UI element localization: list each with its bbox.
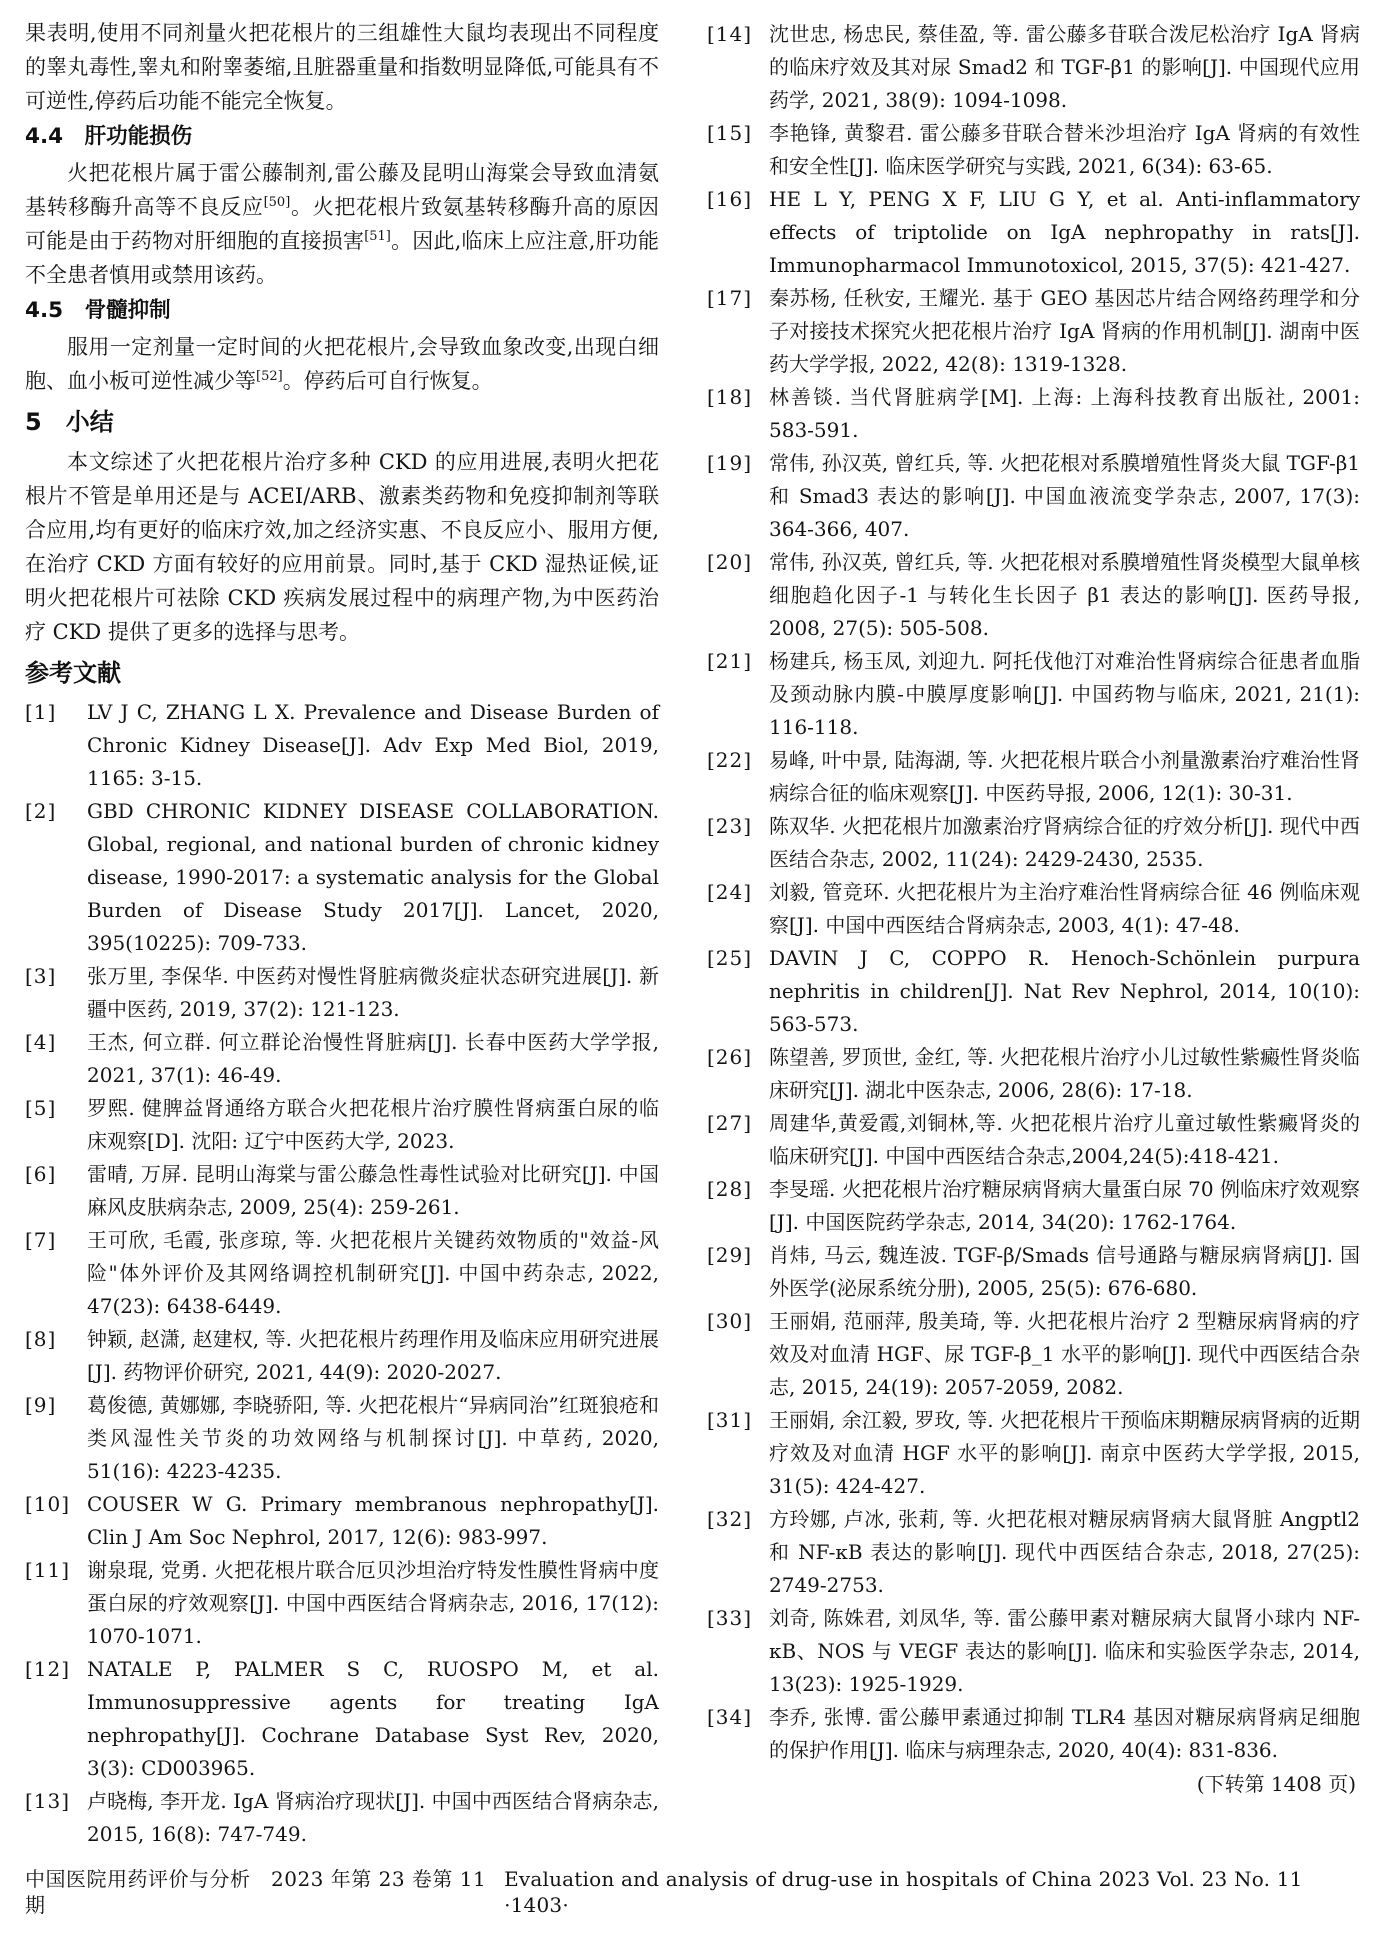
reference-text: 卢晓梅, 李开龙. IgA 肾病治疗现状[J]. 中国中西医结合肾病杂志, 20… <box>87 1785 659 1851</box>
reference-item: [19]常伟, 孙汉英, 曾红兵, 等. 火把花根对系膜增殖性肾炎大鼠 TGF-… <box>707 447 1360 546</box>
reference-number: [21] <box>707 645 769 678</box>
body-paragraph-summary: 本文综述了火把花根片治疗多种 CKD 的应用进展,表明火把花根片不管是单用还是与… <box>25 445 659 649</box>
reference-number: [16] <box>707 183 769 216</box>
body-paragraph-liver: 火把花根片属于雷公藤制剂,雷公藤及昆明山海棠会导致血清氨基转移酶升高等不良反应[… <box>25 156 659 292</box>
reference-text: 王可欣, 毛霞, 张彦琼, 等. 火把花根片关键药效物质的"效益-风险"体外评价… <box>87 1224 659 1323</box>
reference-number: [27] <box>707 1107 769 1140</box>
reference-text: LV J C, ZHANG L X. Prevalence and Diseas… <box>87 696 659 795</box>
section-heading-4-4: 4.4 肝功能损伤 <box>25 121 659 153</box>
reference-item: [26]陈望善, 罗顶世, 金红, 等. 火把花根片治疗小儿过敏性紫癜性肾炎临床… <box>707 1041 1360 1107</box>
reference-number: [24] <box>707 876 769 909</box>
reference-item: [23]陈双华. 火把花根片加激素治疗肾病综合征的疗效分析[J]. 现代中西医结… <box>707 810 1360 876</box>
reference-number: [1] <box>25 696 87 729</box>
reference-item: [27]周建华,黄爱霞,刘铜林,等. 火把花根片治疗儿童过敏性紫癜肾炎的临床研究… <box>707 1107 1360 1173</box>
reference-text: 王杰, 何立群. 何立群论治慢性肾脏病[J]. 长春中医药大学学报, 2021,… <box>87 1026 659 1092</box>
reference-text: 沈世忠, 杨忠民, 蔡佳盈, 等. 雷公藤多苷联合泼尼松治疗 IgA 肾病的临床… <box>769 18 1360 117</box>
reference-item: [13]卢晓梅, 李开龙. IgA 肾病治疗现状[J]. 中国中西医结合肾病杂志… <box>25 1785 659 1851</box>
reference-number: [30] <box>707 1305 769 1338</box>
two-column-layout: 果表明,使用不同剂量火把花根片的三组雄性大鼠均表现出不同程度的睾丸毒性,睾丸和附… <box>0 0 1375 1851</box>
reference-number: [29] <box>707 1239 769 1272</box>
reference-text: 钟颖, 赵潇, 赵建权, 等. 火把花根片药理作用及临床应用研究进展[J]. 药… <box>87 1323 659 1389</box>
reference-text: DAVIN J C, COPPO R. Henoch-Schönlein pur… <box>769 942 1360 1041</box>
reference-number: [3] <box>25 960 87 993</box>
right-column: [14]沈世忠, 杨忠民, 蔡佳盈, 等. 雷公藤多苷联合泼尼松治疗 IgA 肾… <box>707 16 1360 1851</box>
body-paragraph-continuation: 果表明,使用不同剂量火把花根片的三组雄性大鼠均表现出不同程度的睾丸毒性,睾丸和附… <box>25 16 659 118</box>
reference-number: [2] <box>25 795 87 828</box>
reference-number: [5] <box>25 1092 87 1125</box>
reference-text: 刘奇, 陈姝君, 刘凤华, 等. 雷公藤甲素对糖尿病大鼠肾小球内 NF-κB、N… <box>769 1602 1360 1701</box>
reference-item: [34]李乔, 张博. 雷公藤甲素通过抑制 TLR4 基因对糖尿病肾病足细胞的保… <box>707 1701 1360 1767</box>
reference-number: [34] <box>707 1701 769 1734</box>
references-heading: 参考文献 <box>25 655 659 691</box>
reference-text: 陈望善, 罗顶世, 金红, 等. 火把花根片治疗小儿过敏性紫癜性肾炎临床研究[J… <box>769 1041 1360 1107</box>
reference-text: 方玲娜, 卢冰, 张莉, 等. 火把花根对糖尿病肾病大鼠肾脏 Angptl2 和… <box>769 1503 1360 1602</box>
reference-text: COUSER W G. Primary membranous nephropat… <box>87 1488 659 1554</box>
reference-text: 王丽娟, 余江毅, 罗玫, 等. 火把花根片干预临床期糖尿病肾病的近期疗效及对血… <box>769 1404 1360 1503</box>
footer-journal-title-en-page-number: Evaluation and analysis of drug-use in h… <box>504 1866 1357 1918</box>
reference-item: [11]谢泉琨, 党勇. 火把花根片联合厄贝沙坦治疗特发性膜性肾病中度蛋白尿的疗… <box>25 1554 659 1653</box>
reference-item: [15]李艳锋, 黄黎君. 雷公藤多苷联合替米沙坦治疗 IgA 肾病的有效性和安… <box>707 117 1360 183</box>
reference-number: [20] <box>707 546 769 579</box>
reference-number: [13] <box>25 1785 87 1818</box>
reference-text: HE L Y, PENG X F, LIU G Y, et al. Anti-i… <box>769 183 1360 282</box>
reference-item: [17]秦苏杨, 任秋安, 王耀光. 基于 GEO 基因芯片结合网络药理学和分子… <box>707 282 1360 381</box>
body-paragraph-marrow: 服用一定剂量一定时间的火把花根片,会导致血象改变,出现白细胞、血小板可逆性减少等… <box>25 330 659 398</box>
footer-journal-title-cn: 中国医院用药评价与分析 2023 年第 23 卷第 11 期 <box>25 1866 504 1918</box>
reference-text: 肖炜, 马云, 魏连波. TGF-β/Smads 信号通路与糖尿病肾病[J]. … <box>769 1239 1360 1305</box>
reference-text: 张万里, 李保华. 中医药对慢性肾脏病微炎症状态研究进展[J]. 新疆中医药, … <box>87 960 659 1026</box>
reference-text: 李艳锋, 黄黎君. 雷公藤多苷联合替米沙坦治疗 IgA 肾病的有效性和安全性[J… <box>769 117 1360 183</box>
reference-text: 葛俊德, 黄娜娜, 李晓骄阳, 等. 火把花根片“异病同治”红斑狼疮和类风湿性关… <box>87 1389 659 1488</box>
reference-number: [8] <box>25 1323 87 1356</box>
reference-number: [23] <box>707 810 769 843</box>
reference-number: [6] <box>25 1158 87 1191</box>
reference-item: [21]杨建兵, 杨玉凤, 刘迎九. 阿托伐他汀对难治性肾病综合征患者血脂及颈动… <box>707 645 1360 744</box>
reference-item: [5]罗熙. 健脾益肾通络方联合火把花根片治疗膜性肾病蛋白尿的临床观察[D]. … <box>25 1092 659 1158</box>
reference-text: 刘毅, 管竞环. 火把花根片为主治疗难治性肾病综合征 46 例临床观察[J]. … <box>769 876 1360 942</box>
reference-item: [29]肖炜, 马云, 魏连波. TGF-β/Smads 信号通路与糖尿病肾病[… <box>707 1239 1360 1305</box>
reference-item: [14]沈世忠, 杨忠民, 蔡佳盈, 等. 雷公藤多苷联合泼尼松治疗 IgA 肾… <box>707 18 1360 117</box>
reference-item: [12]NATALE P, PALMER S C, RUOSPO M, et a… <box>25 1653 659 1785</box>
reference-text: 王丽娟, 范丽萍, 殷美琦, 等. 火把花根片治疗 2 型糖尿病肾病的疗效及对血… <box>769 1305 1360 1404</box>
reference-number: [10] <box>25 1488 87 1521</box>
reference-text: 林善锬. 当代肾脏病学[M]. 上海: 上海科技教育出版社, 2001: 583… <box>769 381 1360 447</box>
reference-item: [7]王可欣, 毛霞, 张彦琼, 等. 火把花根片关键药效物质的"效益-风险"体… <box>25 1224 659 1323</box>
reference-item: [30]王丽娟, 范丽萍, 殷美琦, 等. 火把花根片治疗 2 型糖尿病肾病的疗… <box>707 1305 1360 1404</box>
reference-item: [4]王杰, 何立群. 何立群论治慢性肾脏病[J]. 长春中医药大学学报, 20… <box>25 1026 659 1092</box>
reference-text: 周建华,黄爱霞,刘铜林,等. 火把花根片治疗儿童过敏性紫癜肾炎的临床研究[J].… <box>769 1107 1360 1173</box>
reference-item: [16]HE L Y, PENG X F, LIU G Y, et al. An… <box>707 183 1360 282</box>
reference-list-right: [14]沈世忠, 杨忠民, 蔡佳盈, 等. 雷公藤多苷联合泼尼松治疗 IgA 肾… <box>707 18 1360 1767</box>
left-column: 果表明,使用不同剂量火把花根片的三组雄性大鼠均表现出不同程度的睾丸毒性,睾丸和附… <box>25 16 659 1851</box>
reference-number: [4] <box>25 1026 87 1059</box>
reference-number: [15] <box>707 117 769 150</box>
reference-item: [20]常伟, 孙汉英, 曾红兵, 等. 火把花根对系膜增殖性肾炎模型大鼠单核细… <box>707 546 1360 645</box>
reference-number: [19] <box>707 447 769 480</box>
page-footer: 中国医院用药评价与分析 2023 年第 23 卷第 11 期 Evaluatio… <box>25 1866 1357 1918</box>
reference-number: [26] <box>707 1041 769 1074</box>
citation-superscript: [52] <box>256 369 283 384</box>
reference-text: 谢泉琨, 党勇. 火把花根片联合厄贝沙坦治疗特发性膜性肾病中度蛋白尿的疗效观察[… <box>87 1554 659 1653</box>
reference-text: 常伟, 孙汉英, 曾红兵, 等. 火把花根对系膜增殖性肾炎模型大鼠单核细胞趋化因… <box>769 546 1360 645</box>
reference-text: NATALE P, PALMER S C, RUOSPO M, et al. I… <box>87 1653 659 1785</box>
reference-item: [9]葛俊德, 黄娜娜, 李晓骄阳, 等. 火把花根片“异病同治”红斑狼疮和类风… <box>25 1389 659 1488</box>
reference-text: 易峰, 叶中景, 陆海湖, 等. 火把花根片联合小剂量激素治疗难治性肾病综合征的… <box>769 744 1360 810</box>
reference-number: [18] <box>707 381 769 414</box>
reference-text: 雷晴, 万屏. 昆明山海棠与雷公藤急性毒性试验对比研究[J]. 中国麻风皮肤病杂… <box>87 1158 659 1224</box>
reference-item: [28]李旻瑶. 火把花根片治疗糖尿病肾病大量蛋白尿 70 例临床疗效观察[J]… <box>707 1173 1360 1239</box>
reference-item: [1]LV J C, ZHANG L X. Prevalence and Dis… <box>25 696 659 795</box>
reference-number: [11] <box>25 1554 87 1587</box>
reference-text: 秦苏杨, 任秋安, 王耀光. 基于 GEO 基因芯片结合网络药理学和分子对接技术… <box>769 282 1360 381</box>
reference-number: [25] <box>707 942 769 975</box>
reference-item: [32]方玲娜, 卢冰, 张莉, 等. 火把花根对糖尿病肾病大鼠肾脏 Angpt… <box>707 1503 1360 1602</box>
reference-item: [22]易峰, 叶中景, 陆海湖, 等. 火把花根片联合小剂量激素治疗难治性肾病… <box>707 744 1360 810</box>
citation-superscript: [50] <box>264 195 291 210</box>
reference-number: [31] <box>707 1404 769 1437</box>
section-heading-5: 5 小结 <box>25 404 659 440</box>
reference-number: [17] <box>707 282 769 315</box>
reference-number: [28] <box>707 1173 769 1206</box>
reference-item: [25]DAVIN J C, COPPO R. Henoch-Schönlein… <box>707 942 1360 1041</box>
reference-item: [8]钟颖, 赵潇, 赵建权, 等. 火把花根片药理作用及临床应用研究进展[J]… <box>25 1323 659 1389</box>
reference-item: [18]林善锬. 当代肾脏病学[M]. 上海: 上海科技教育出版社, 2001:… <box>707 381 1360 447</box>
citation-superscript: [51] <box>364 229 391 244</box>
reference-text: 常伟, 孙汉英, 曾红兵, 等. 火把花根对系膜增殖性肾炎大鼠 TGF-β1 和… <box>769 447 1360 546</box>
reference-number: [12] <box>25 1653 87 1686</box>
reference-number: [9] <box>25 1389 87 1422</box>
reference-item: [6]雷晴, 万屏. 昆明山海棠与雷公藤急性毒性试验对比研究[J]. 中国麻风皮… <box>25 1158 659 1224</box>
reference-number: [22] <box>707 744 769 777</box>
reference-item: [3]张万里, 李保华. 中医药对慢性肾脏病微炎症状态研究进展[J]. 新疆中医… <box>25 960 659 1026</box>
reference-item: [33]刘奇, 陈姝君, 刘凤华, 等. 雷公藤甲素对糖尿病大鼠肾小球内 NF-… <box>707 1602 1360 1701</box>
reference-number: [7] <box>25 1224 87 1257</box>
reference-list-left: [1]LV J C, ZHANG L X. Prevalence and Dis… <box>25 696 659 1851</box>
reference-text: 李乔, 张博. 雷公藤甲素通过抑制 TLR4 基因对糖尿病肾病足细胞的保护作用[… <box>769 1701 1360 1767</box>
continuation-note: (下转第 1408 页) <box>707 1767 1360 1801</box>
reference-text: 李旻瑶. 火把花根片治疗糖尿病肾病大量蛋白尿 70 例临床疗效观察[J]. 中国… <box>769 1173 1360 1239</box>
reference-text: 陈双华. 火把花根片加激素治疗肾病综合征的疗效分析[J]. 现代中西医结合杂志,… <box>769 810 1360 876</box>
reference-item: [31]王丽娟, 余江毅, 罗玫, 等. 火把花根片干预临床期糖尿病肾病的近期疗… <box>707 1404 1360 1503</box>
reference-item: [2]GBD CHRONIC KIDNEY DISEASE COLLABORAT… <box>25 795 659 960</box>
reference-number: [32] <box>707 1503 769 1536</box>
reference-number: [14] <box>707 18 769 51</box>
reference-item: [24]刘毅, 管竞环. 火把花根片为主治疗难治性肾病综合征 46 例临床观察[… <box>707 876 1360 942</box>
reference-text: 杨建兵, 杨玉凤, 刘迎九. 阿托伐他汀对难治性肾病综合征患者血脂及颈动脉内膜-… <box>769 645 1360 744</box>
journal-page: 果表明,使用不同剂量火把花根片的三组雄性大鼠均表现出不同程度的睾丸毒性,睾丸和附… <box>0 0 1375 1940</box>
reference-item: [10]COUSER W G. Primary membranous nephr… <box>25 1488 659 1554</box>
reference-text: 罗熙. 健脾益肾通络方联合火把花根片治疗膜性肾病蛋白尿的临床观察[D]. 沈阳:… <box>87 1092 659 1158</box>
section-heading-4-5: 4.5 骨髓抑制 <box>25 295 659 327</box>
reference-number: [33] <box>707 1602 769 1635</box>
reference-text: GBD CHRONIC KIDNEY DISEASE COLLABORATION… <box>87 795 659 960</box>
